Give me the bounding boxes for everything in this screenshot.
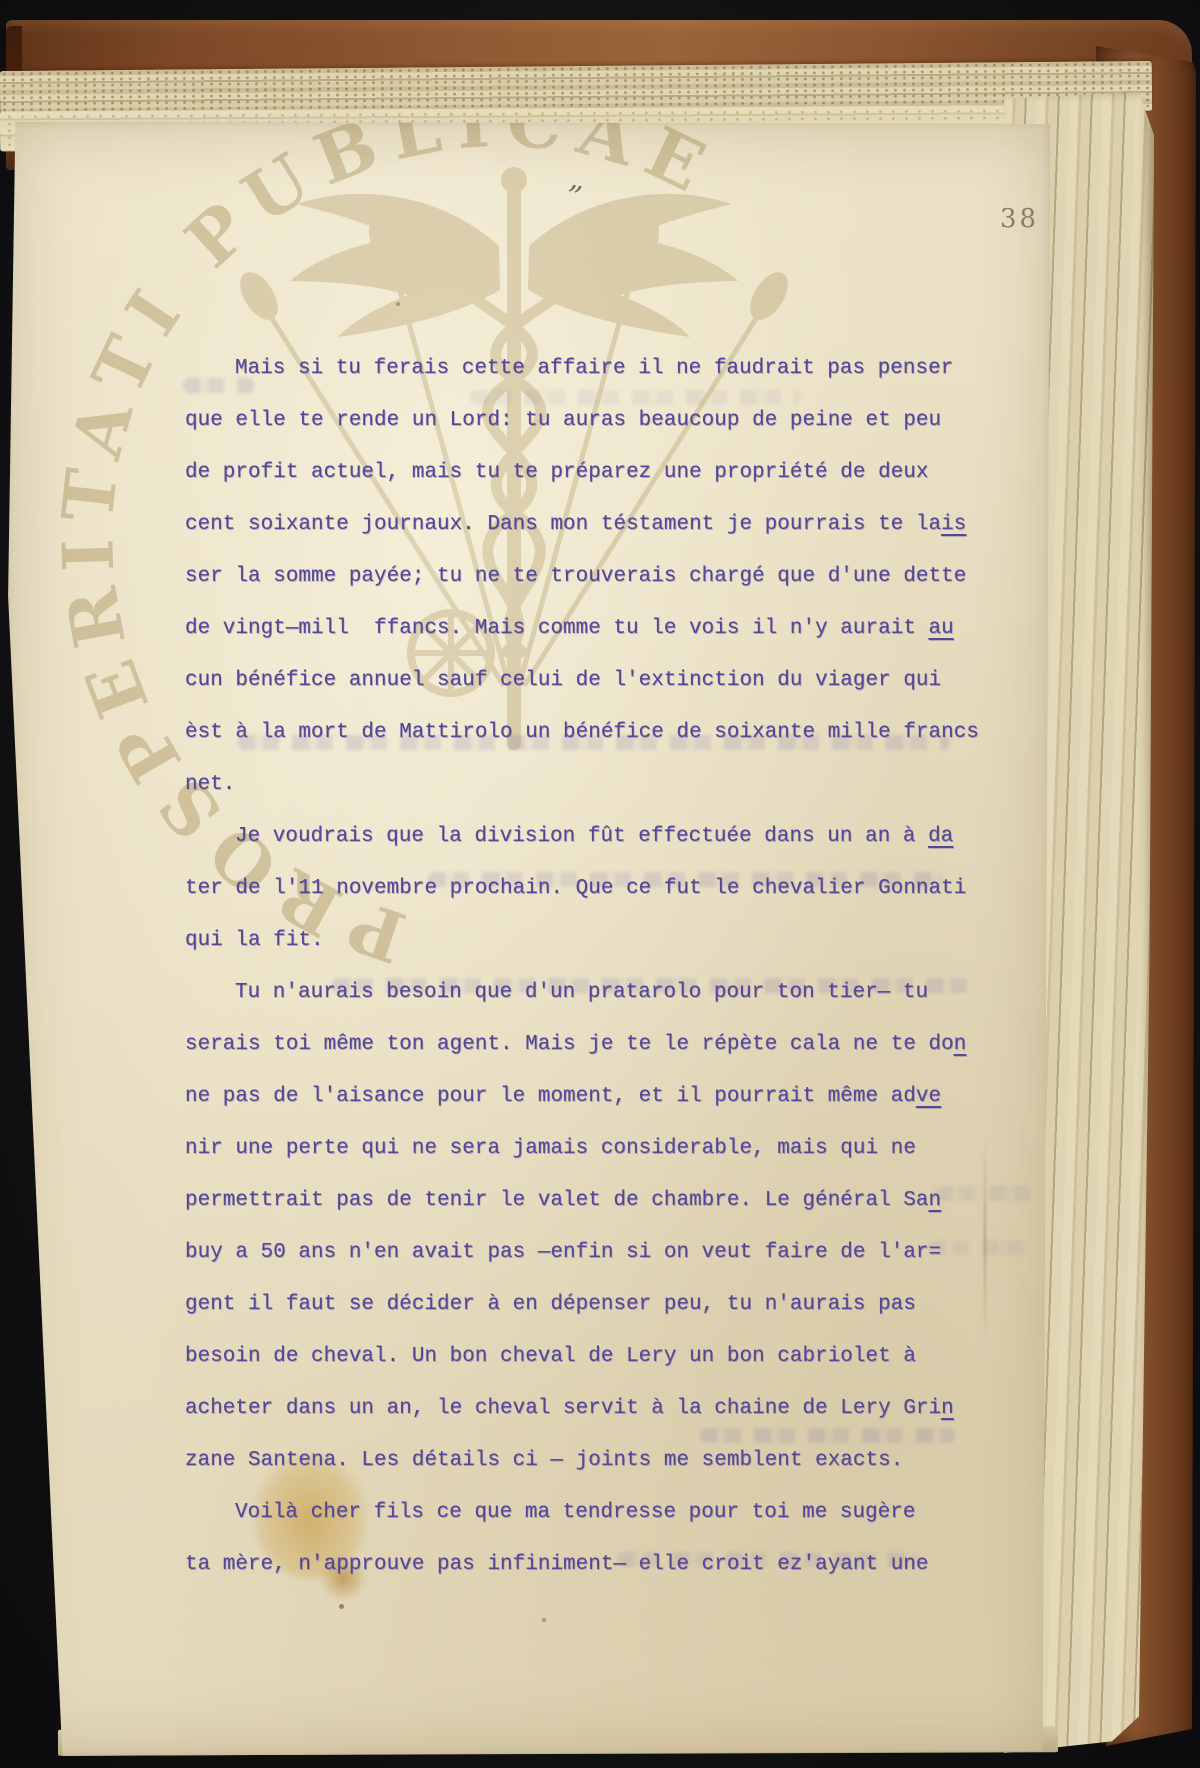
letter-body: Mais si tu ferais cette affaire il ne fa… <box>185 352 1045 1600</box>
typewritten-line: cun bénéfice annuel sauf celui de l'exti… <box>185 664 1045 716</box>
typewritten-line: zane Santena. Les détails ci — joints me… <box>185 1444 1045 1496</box>
typewritten-line: ne pas de l'aisance pour le moment, et i… <box>185 1080 1045 1132</box>
typewritten-line: nir une perte qui ne sera jamais conside… <box>185 1132 1045 1184</box>
typewritten-line: gent il faut se décider à en dépenser pe… <box>185 1288 1045 1340</box>
typewritten-line: net. <box>185 768 1045 820</box>
typewritten-line: de profit actuel, mais tu te préparez un… <box>185 456 1045 508</box>
paper-speck <box>339 1604 344 1609</box>
typewritten-line: buy a 50 ans n'en avait pas —enfin si on… <box>185 1236 1045 1288</box>
typewritten-line: de vingt—mill ffancs. Mais comme tu le v… <box>185 612 1045 664</box>
typewritten-line: Tu n'aurais besoin que d'un pratarolo po… <box>185 976 1045 1028</box>
paper-speck <box>542 1618 546 1622</box>
typewritten-line: besoin de cheval. Un bon cheval de Lery … <box>185 1340 1045 1392</box>
typewritten-line: èst à la mort de Mattirolo un bénéfice d… <box>185 716 1045 768</box>
typewritten-line: Voilà cher fils ce que ma tendresse pour… <box>185 1496 1045 1548</box>
typewritten-line: cent soixante journaux. Dans mon téstame… <box>185 508 1045 560</box>
page-number: 38 <box>1000 204 1039 234</box>
typewritten-line: Mais si tu ferais cette affaire il ne fa… <box>185 352 1045 404</box>
typewritten-line: ter de l'11 novembre prochain. Que ce fu… <box>185 872 1045 924</box>
typewritten-line: serais toi même ton agent. Mais je te le… <box>185 1028 1045 1080</box>
typewritten-line: ser la somme payée; tu ne te trouverais … <box>185 560 1045 612</box>
typewritten-line: Je voudrais que la division fût effectué… <box>185 820 1045 872</box>
typewritten-line: ta mère, n'approuve pas infiniment— elle… <box>185 1548 1045 1600</box>
paper-speck <box>396 302 400 306</box>
typewritten-line: qui la fit. <box>185 924 1045 976</box>
photographed-book-page: { "document": { "page_number": "38", "ha… <box>0 0 1200 1768</box>
typewritten-line: acheter dans un an, le cheval servit à l… <box>185 1392 1045 1444</box>
typewritten-line: que elle te rende un Lord: tu auras beau… <box>185 404 1045 456</box>
typewritten-line: permettrait pas de tenir le valet de cha… <box>185 1184 1045 1236</box>
